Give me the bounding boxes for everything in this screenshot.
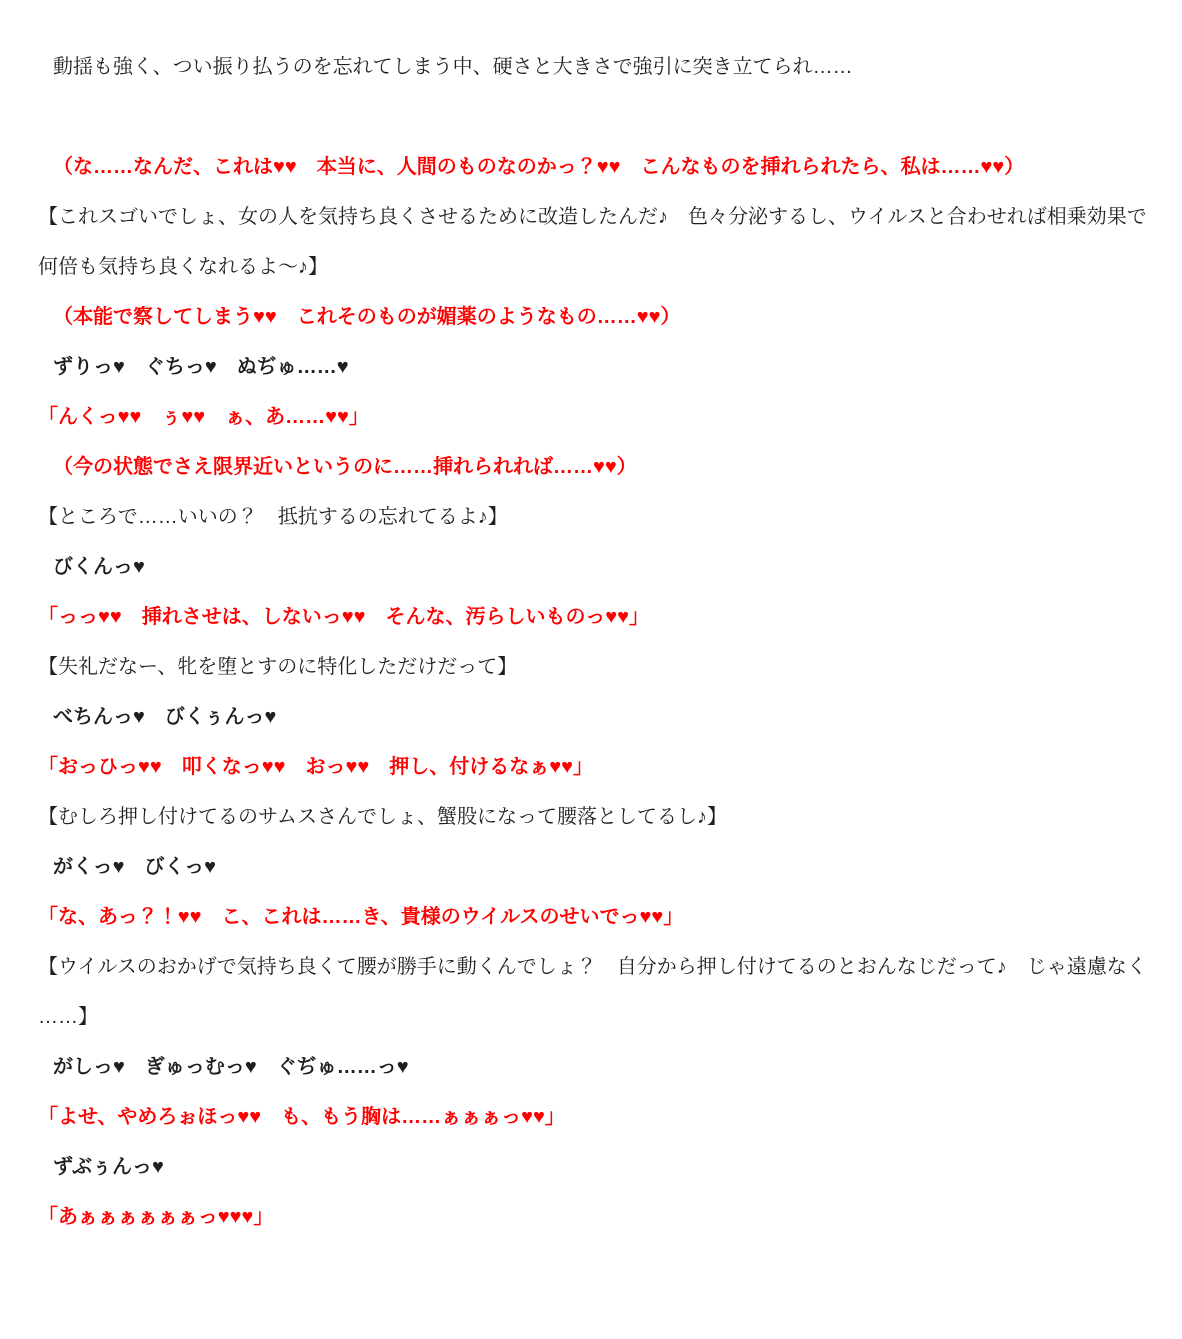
narration-line: 動揺も強く、つい振り払うのを忘れてしまう中、硬さと大きさで強引に突き立てられ……	[53, 42, 1162, 92]
dialogue-line: 「よせ、やめろぉほっ♥♥ も、もう胸は……ぁぁぁっ♥♥」	[38, 1092, 1162, 1142]
sfx-line: ずぶぅんっ♥	[53, 1142, 1162, 1192]
dialogue-line: 「な、あっ？！♥♥ こ、これは……き、貴様のウイルスのせいでっ♥♥」	[38, 892, 1162, 942]
inner-thought-line: （本能で察してしまう♥♥ これそのものが媚薬のようなもの……♥♥）	[53, 292, 1162, 342]
dialogue-line: 「んくっ♥♥ ぅ♥♥ ぁ、あ……♥♥」	[38, 392, 1162, 442]
bracket-dialogue-line: 【むしろ押し付けてるのサムスさんでしょ、蟹股になって腰落としてるし♪】	[38, 792, 1162, 842]
inner-thought-line: （今の状態でさえ限界近いというのに……挿れられれば……♥♥）	[53, 442, 1162, 492]
sfx-line: がしっ♥ ぎゅっむっ♥ ぐぢゅ……っ♥	[53, 1042, 1162, 1092]
dialogue-line: 「あぁぁぁぁぁぁっ♥♥♥」	[38, 1192, 1162, 1242]
bracket-dialogue-line: 【失礼だなー、牝を堕とすのに特化しただけだって】	[38, 642, 1162, 692]
dialogue-line: 「おっひっ♥♥ 叩くなっ♥♥ おっ♥♥ 押し、付けるなぁ♥♥」	[38, 742, 1162, 792]
bracket-dialogue-line: 【ところで……いいの？ 抵抗するの忘れてるよ♪】	[38, 492, 1162, 542]
bracket-dialogue-line: 【これスゴいでしょ、女の人を気持ち良くさせるために改造したんだ♪ 色々分泌するし…	[38, 192, 1162, 292]
sfx-line: べちんっ♥ びくぅんっ♥	[53, 692, 1162, 742]
sfx-line: ずりっ♥ ぐちっ♥ ぬぢゅ……♥	[53, 342, 1162, 392]
document-page: 動揺も強く、つい振り払うのを忘れてしまう中、硬さと大きさで強引に突き立てられ………	[0, 0, 1182, 1339]
dialogue-line: 「っっ♥♥ 挿れさせは、しないっ♥♥ そんな、汚らしいものっ♥♥」	[38, 592, 1162, 642]
sfx-line: びくんっ♥	[53, 542, 1162, 592]
sfx-line: がくっ♥ びくっ♥	[53, 842, 1162, 892]
inner-thought-line: （な……なんだ、これは♥♥ 本当に、人間のものなのかっ？♥♥ こんなものを挿れら…	[53, 142, 1162, 192]
bracket-dialogue-line: 【ウイルスのおかげで気持ち良くて腰が勝手に動くんでしょ？ 自分から押し付けてるの…	[38, 942, 1162, 1042]
